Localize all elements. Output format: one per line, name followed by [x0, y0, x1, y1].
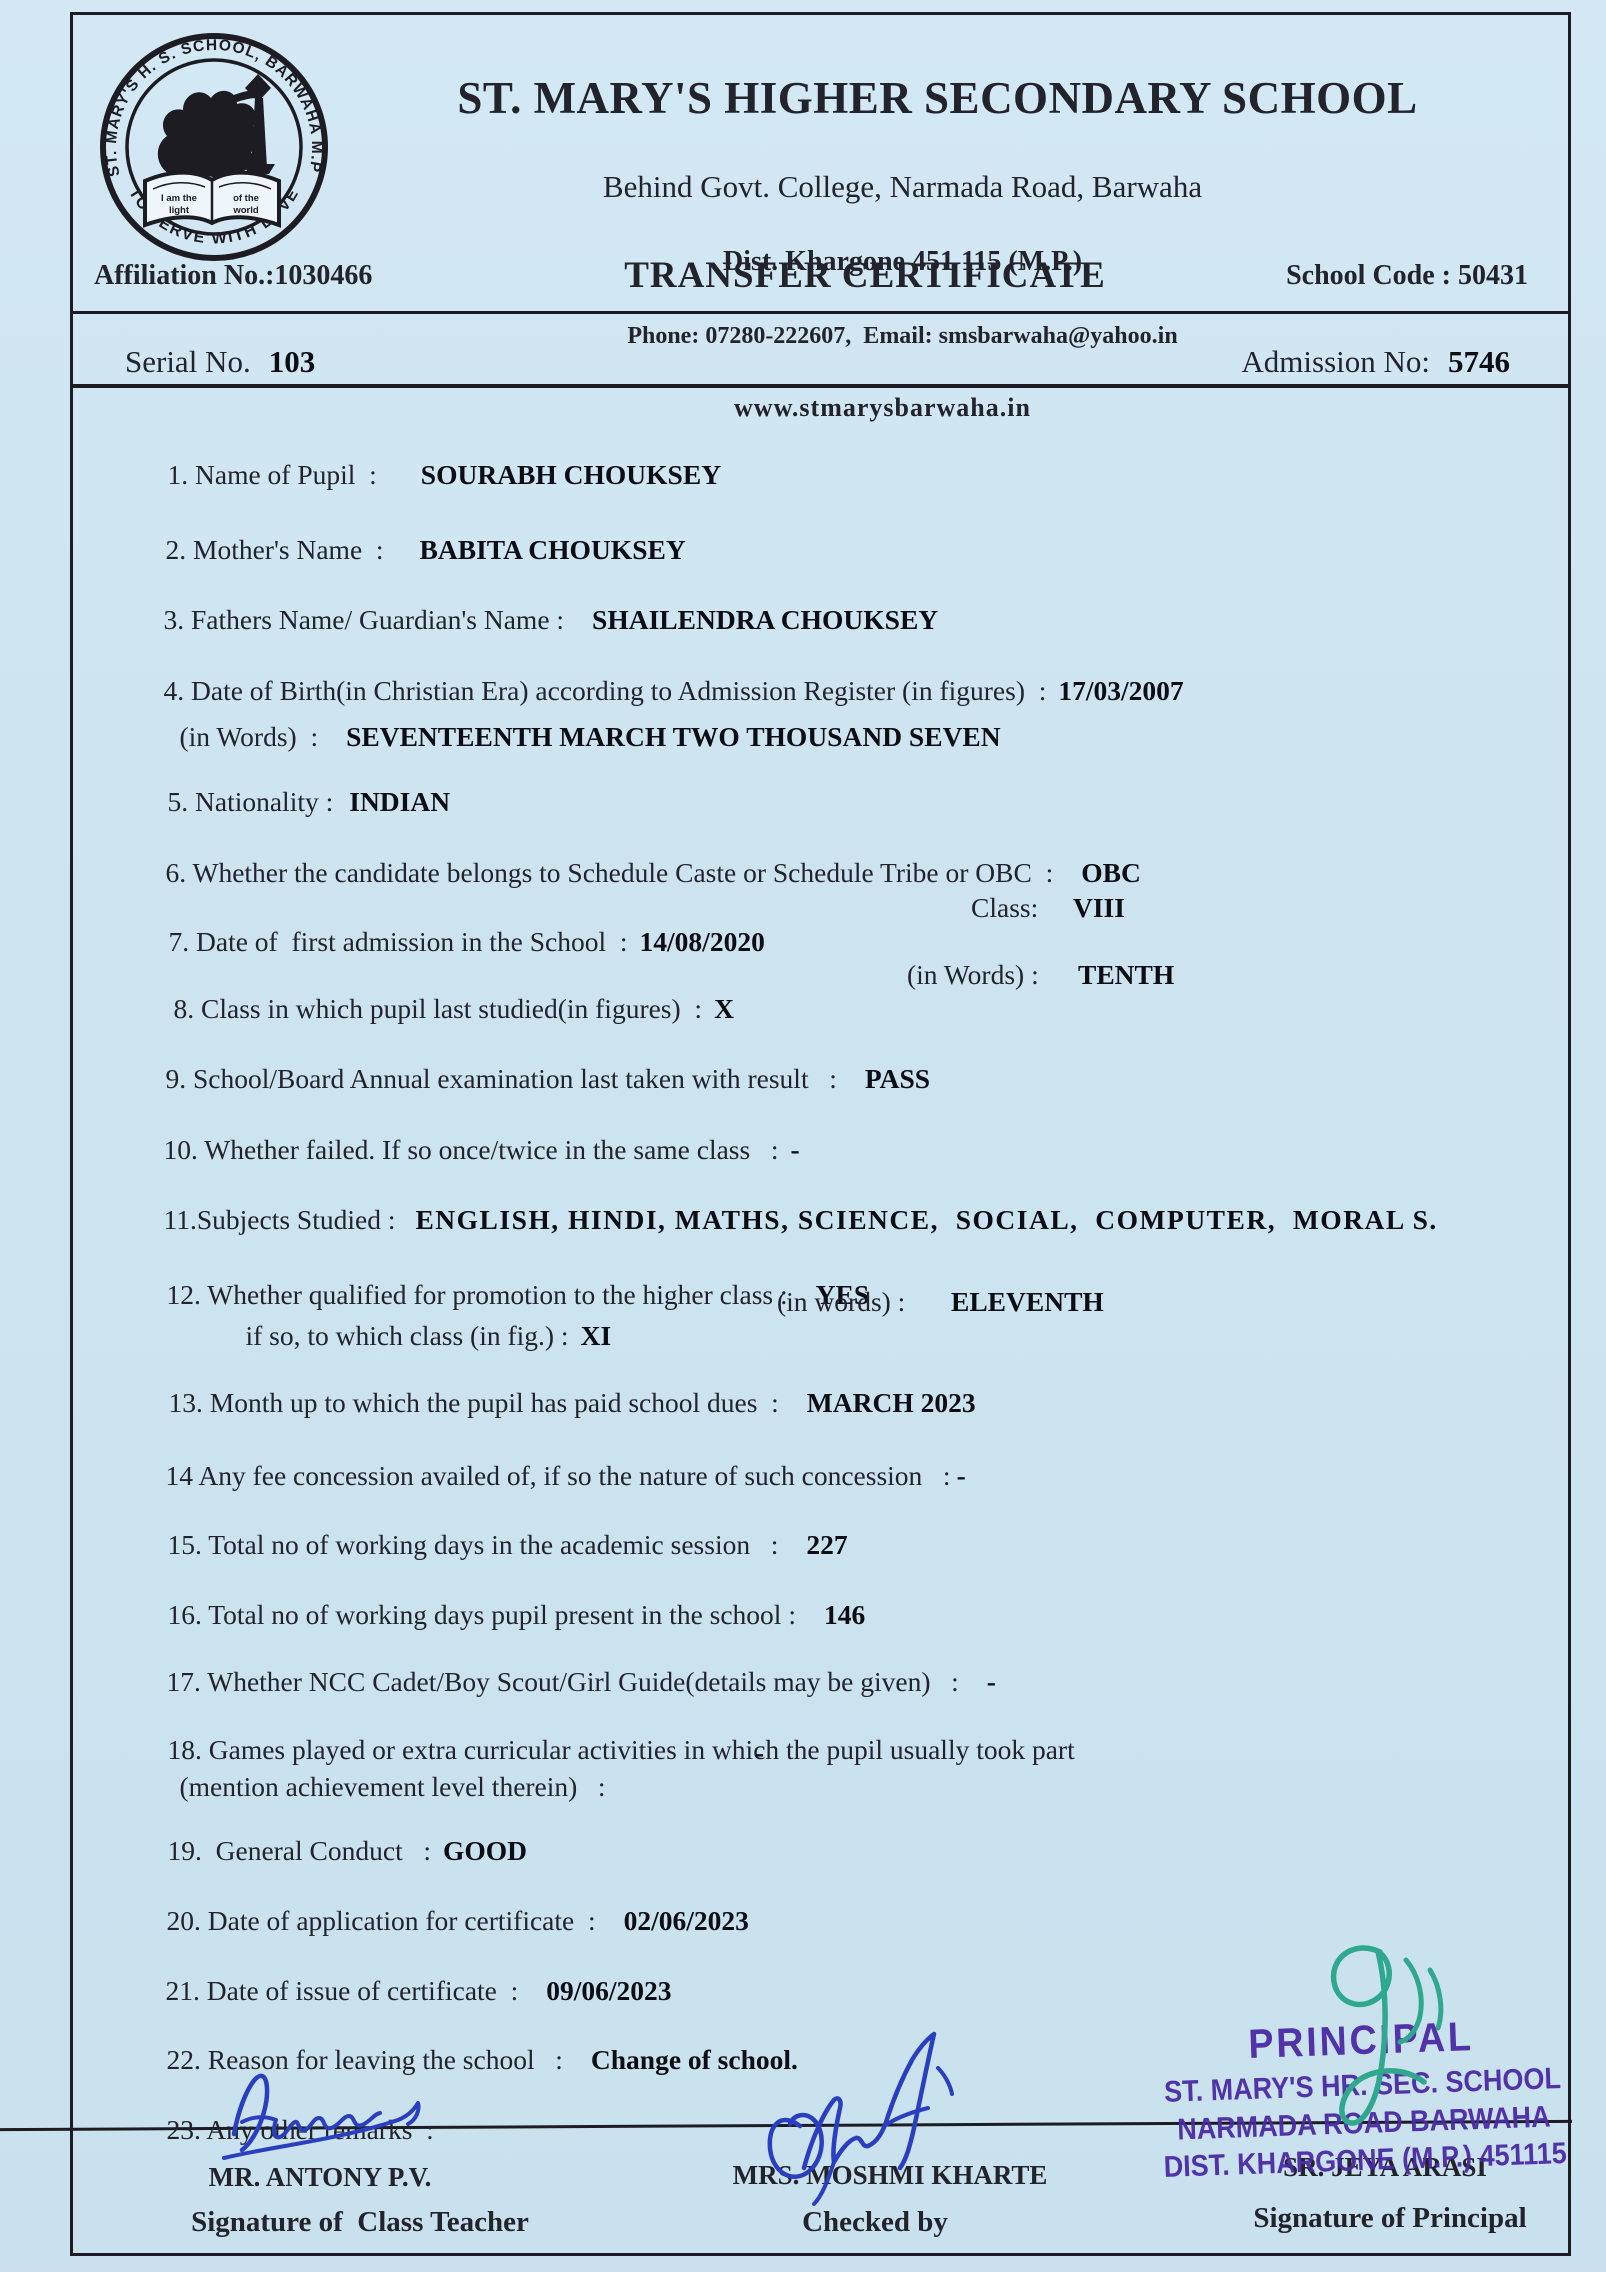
admission-number: Admission No:5746 [1241, 344, 1510, 380]
item-4-words-label: (in Words) : [180, 721, 319, 752]
item-8-value: X [714, 993, 734, 1024]
item-7-class-label: Class: [971, 891, 1038, 925]
item-2-value: BABITA CHOUKSEY [420, 534, 686, 565]
logo-book-text-right-1: of the [233, 193, 259, 204]
item-12-class-label: if so, to which class (in fig.) : [246, 1320, 569, 1351]
principal-title: Signature of Principal [1220, 2202, 1560, 2235]
item-5-value: INDIAN [349, 786, 450, 817]
school-code: School Code : 50431 [1286, 260, 1528, 292]
item-14-label: 14 Any fee concession availed of, if so … [166, 1460, 951, 1491]
item-11-value: ENGLISH, HINDI, MATHS, SCIENCE, SOCIAL, … [415, 1204, 1437, 1235]
document-title: TRANSFER CERTIFICATE [585, 254, 1145, 297]
logo-book: I am the light of the world [145, 173, 279, 225]
checked-by-name: MRS. MOSHMI KHARTE [700, 2160, 1080, 2191]
item-11-label: 11.Subjects Studied : [164, 1204, 396, 1235]
item-22-label: 22. Reason for leaving the school : [167, 2044, 563, 2075]
item-12-class-value: XI [581, 1320, 612, 1351]
class-teacher-name: MR. ANTONY P.V. [190, 2162, 450, 2193]
letterhead: ST. MARY'S HIGHER SECONDARY SCHOOL Behin… [355, 36, 1450, 459]
item-15-value: 227 [806, 1529, 847, 1560]
scan-bottom-edge [0, 2272, 1606, 2291]
item-20-label: 20. Date of application for certificate … [167, 1905, 596, 1936]
school-name: ST. MARY'S HIGHER SECONDARY SCHOOL [425, 72, 1450, 124]
item-21-value: 09/06/2023 [546, 1975, 671, 2006]
serial-value: 103 [269, 344, 316, 379]
item-7-value: 14/08/2020 [640, 926, 765, 957]
title-row: Affiliation No.:1030466 TRANSFER CERTIFI… [70, 254, 1568, 300]
item-18-detail-value: - [755, 1736, 764, 1770]
admission-label: Admission No: [1241, 344, 1430, 379]
item-10-value: - [790, 1134, 799, 1165]
item-19-label: 19. General Conduct : [168, 1835, 431, 1866]
item-21-label: 21. Date of issue of certificate : [166, 1975, 519, 2006]
serial-admission-row: Serial No.103 Admission No:5746 [70, 344, 1568, 386]
serial-number: Serial No.103 [125, 344, 315, 380]
school-website: www.stmarysbarwaha.in [315, 393, 1450, 423]
school-address-line1: Behind Govt. College, Narmada Road, Barw… [355, 169, 1450, 205]
item-19-value: GOOD [443, 1835, 527, 1866]
item-17-value: - [987, 1666, 996, 1697]
item-3-value: SHAILENDRA CHOUKSEY [592, 604, 938, 635]
transfer-certificate-document: ST. MARY'S H. S. SCHOOL, BARWAHA M.P. TO… [0, 0, 1606, 2291]
principal-rubber-stamp: PRINCIPAL ST. MARY'S HR. SEC. SCHOOL NAR… [1125, 2012, 1600, 2184]
admission-value: 5746 [1448, 344, 1510, 379]
affiliation-number: Affiliation No.:1030466 [94, 260, 372, 292]
item-8-label: 8. Class in which pupil last studied(in … [174, 993, 703, 1024]
item-12-words-value: ELEVENTH [951, 1285, 1104, 1319]
item-16-label: 16. Total no of working days pupil prese… [168, 1599, 796, 1630]
item-2-label: 2. Mother's Name : [166, 534, 384, 565]
item-13-label: 13. Month up to which the pupil has paid… [169, 1387, 779, 1418]
item-9-label: 9. School/Board Annual examination last … [166, 1063, 837, 1094]
item-5-label: 5. Nationality : [168, 786, 334, 817]
item-20-value: 02/06/2023 [624, 1905, 749, 1936]
item-12-words-label: (in words) : [777, 1285, 905, 1319]
logo-book-text-right-2: world [232, 205, 259, 216]
item-23-label: 23. Any other remarks : [167, 2114, 434, 2145]
item-17-label: 17. Whether NCC Cadet/Boy Scout/Girl Gui… [167, 1666, 959, 1697]
item-1-value: SOURABH CHOUKSEY [421, 459, 721, 490]
logo-book-text-left-1: I am the [161, 193, 197, 204]
item-15-label: 15. Total no of working days in the acad… [168, 1529, 779, 1560]
item-16-value: 146 [824, 1599, 865, 1630]
item-22-value: Change of school. [591, 2044, 798, 2075]
item-4-words-value: SEVENTEENTH MARCH TWO THOUSAND SEVEN [346, 721, 1001, 752]
class-teacher-title: Signature of Class Teacher [140, 2206, 580, 2239]
item-1-label: 1. Name of Pupil : [168, 459, 377, 490]
item-7-class-value: VIII [1073, 891, 1125, 925]
item-18-detail-label: (mention achievement level therein) : [180, 1771, 606, 1802]
item-10-label: 10. Whether failed. If so once/twice in … [164, 1134, 779, 1165]
item-3-label: 3. Fathers Name/ Guardian's Name : [164, 604, 565, 635]
item-8-words-label: (in Words) : [907, 958, 1039, 992]
item-9-value: PASS [865, 1063, 930, 1094]
item-6-value: OBC [1081, 857, 1141, 888]
item-6-label: 6. Whether the candidate belongs to Sche… [166, 857, 1054, 888]
serial-label: Serial No. [125, 344, 251, 379]
item-8-words-value: TENTH [1078, 958, 1174, 992]
item-13-value: MARCH 2023 [807, 1387, 976, 1418]
school-logo-seal: ST. MARY'S H. S. SCHOOL, BARWAHA M.P. TO… [95, 28, 333, 266]
item-7-label: 7. Date of first admission in the School… [169, 926, 628, 957]
item-14-value: - [957, 1460, 966, 1491]
logo-book-text-left-2: light [169, 205, 190, 216]
checked-by-title: Checked by [705, 2206, 1045, 2239]
